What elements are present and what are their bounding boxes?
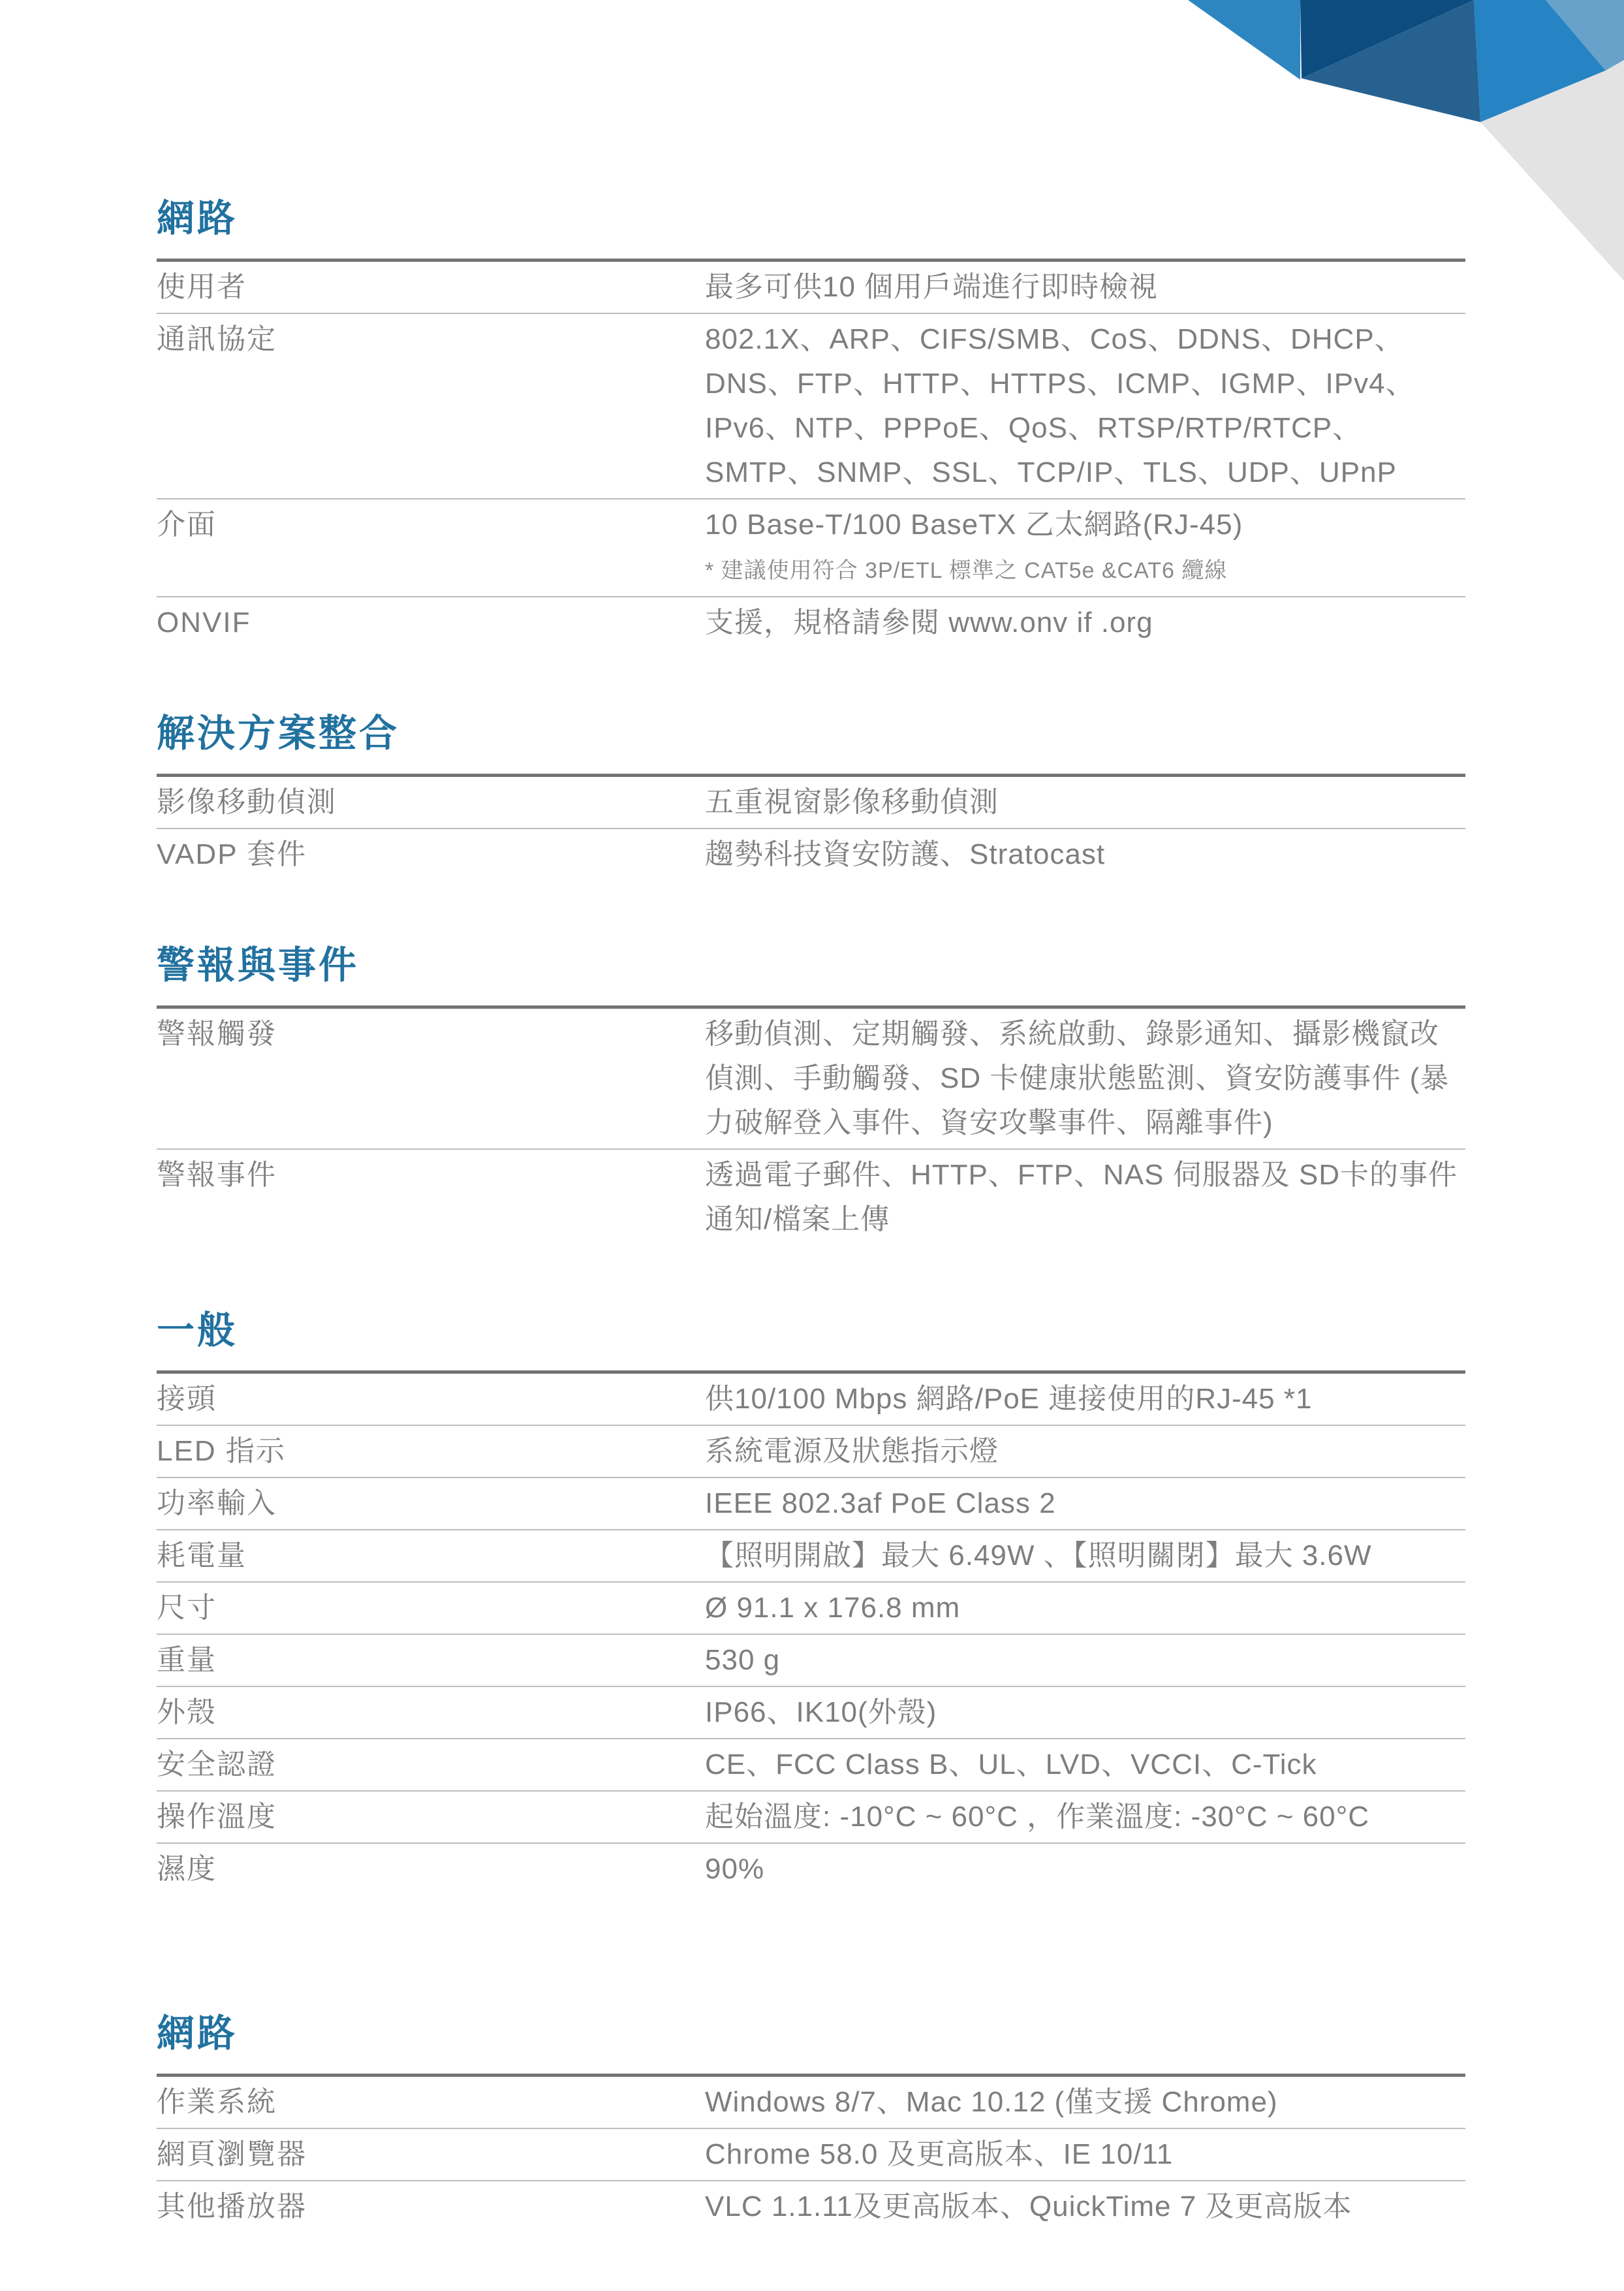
spec-row: 外殼IP66、IK10(外殼)	[157, 1687, 1465, 1739]
spec-row: 警報事件透過電子郵件、HTTP、FTP、NAS 伺服器及 SD卡的事件通知/檔案…	[157, 1150, 1465, 1245]
spec-row: 警報觸發移動偵測、定期觸發、系統啟動、錄影通知、攝影機竄改偵測、手動觸發、SD …	[157, 1009, 1465, 1150]
spec-label: 操作溫度	[157, 1795, 705, 1839]
spec-value-wrap: 最多可供10 個用戶端進行即時檢視	[705, 265, 1465, 309]
spec-value-wrap: Ø 91.1 x 176.8 mm	[705, 1586, 1465, 1630]
spec-value: 起始溫度: -10°C ~ 60°C ，作業溫度: -30°C ~ 60°C	[705, 1795, 1465, 1839]
spec-value-wrap: IEEE 802.3af PoE Class 2	[705, 1481, 1465, 1526]
spec-footnote: * 建議使用符合 3P/ETL 標準之 CAT5e &CAT6 纜線	[705, 552, 1465, 589]
spec-row: 其他播放器VLC 1.1.11及更高版本、QuickTime 7 及更高版本	[157, 2181, 1465, 2232]
spec-label: 網頁瀏覽器	[157, 2132, 705, 2177]
spec-value-wrap: 起始溫度: -10°C ~ 60°C ，作業溫度: -30°C ~ 60°C	[705, 1795, 1465, 1839]
spec-label: VADP 套件	[157, 832, 705, 877]
spec-value: 移動偵測、定期觸發、系統啟動、錄影通知、攝影機竄改偵測、手動觸發、SD 卡健康狀…	[705, 1012, 1465, 1145]
spec-label: 使用者	[157, 265, 705, 309]
spec-value-wrap: Chrome 58.0 及更高版本、IE 10/11	[705, 2132, 1465, 2177]
spec-row: 影像移動偵測五重視窗影像移動偵測	[157, 777, 1465, 829]
spec-row: 尺寸Ø 91.1 x 176.8 mm	[157, 1583, 1465, 1635]
spec-row: 使用者最多可供10 個用戶端進行即時檢視	[157, 262, 1465, 314]
spec-value: Ø 91.1 x 176.8 mm	[705, 1586, 1465, 1630]
spec-label: 介面	[157, 503, 705, 593]
spec-value: 五重視窗影像移動偵測	[705, 780, 1465, 825]
spec-row: LED 指示系統電源及狀態指示燈	[157, 1426, 1465, 1478]
spec-value: 系統電源及狀態指示燈	[705, 1429, 1465, 1474]
section-title: 網路	[157, 196, 1465, 242]
spec-label: 功率輸入	[157, 1481, 705, 1526]
spec-value: CE、FCC Class B、UL、LVD、VCCI、C-Tick	[705, 1743, 1465, 1787]
spec-value: 供10/100 Mbps 網路/PoE 連接使用的RJ-45 *1	[705, 1377, 1465, 1421]
spec-value-wrap: 【照明開啟】最大 6.49W 、【照明關閉】最大 3.6W	[705, 1534, 1465, 1578]
spec-value: 透過電子郵件、HTTP、FTP、NAS 伺服器及 SD卡的事件通知/檔案上傳	[705, 1153, 1465, 1242]
spec-table: 作業系統Windows 8/7、Mac 10.12 (僅支援 Chrome)網頁…	[157, 2074, 1465, 2232]
spec-label: 警報事件	[157, 1153, 705, 1242]
spec-label: 其他播放器	[157, 2185, 705, 2229]
spec-row: 作業系統Windows 8/7、Mac 10.12 (僅支援 Chrome)	[157, 2077, 1465, 2129]
spec-value-wrap: 五重視窗影像移動偵測	[705, 780, 1465, 825]
spec-value-wrap: IP66、IK10(外殼)	[705, 1690, 1465, 1735]
spec-value-wrap: 透過電子郵件、HTTP、FTP、NAS 伺服器及 SD卡的事件通知/檔案上傳	[705, 1153, 1465, 1242]
spec-value: IEEE 802.3af PoE Class 2	[705, 1481, 1465, 1526]
spec-value-wrap: 支援，規格請參閱 www.onv if .org	[705, 601, 1465, 645]
spec-value-wrap: 530 g	[705, 1638, 1465, 1683]
spec-value: VLC 1.1.11及更高版本、QuickTime 7 及更高版本	[705, 2185, 1465, 2229]
spec-value-wrap: CE、FCC Class B、UL、LVD、VCCI、C-Tick	[705, 1743, 1465, 1787]
spec-value: 802.1X、ARP、CIFS/SMB、CoS、DDNS、DHCP、DNS、FT…	[705, 317, 1465, 495]
spec-label: 接頭	[157, 1377, 705, 1421]
spec-section: 一般接頭供10/100 Mbps 網路/PoE 連接使用的RJ-45 *1LED…	[157, 1308, 1465, 1895]
spec-label: 影像移動偵測	[157, 780, 705, 825]
spec-value-wrap: Windows 8/7、Mac 10.12 (僅支援 Chrome)	[705, 2080, 1465, 2125]
spec-label: 作業系統	[157, 2080, 705, 2125]
spec-row: 網頁瀏覽器Chrome 58.0 及更高版本、IE 10/11	[157, 2129, 1465, 2181]
section-title: 網路	[157, 2011, 1465, 2057]
spec-value: 最多可供10 個用戶端進行即時檢視	[705, 265, 1465, 309]
spec-value: 支援，規格請參閱 www.onv if .org	[705, 601, 1465, 645]
spec-row: 耗電量【照明開啟】最大 6.49W 、【照明關閉】最大 3.6W	[157, 1530, 1465, 1583]
spec-value-wrap: 90%	[705, 1847, 1465, 1891]
spec-value: IP66、IK10(外殼)	[705, 1690, 1465, 1735]
spec-value-wrap: 10 Base-T/100 BaseTX 乙太網路(RJ-45)* 建議使用符合…	[705, 503, 1465, 593]
spec-section: 警報與事件警報觸發移動偵測、定期觸發、系統啟動、錄影通知、攝影機竄改偵測、手動觸…	[157, 943, 1465, 1245]
spec-section: 解決方案整合影像移動偵測五重視窗影像移動偵測VADP 套件趨勢科技資安防護、St…	[157, 711, 1465, 880]
section-title: 解決方案整合	[157, 711, 1465, 757]
spec-label: 通訊協定	[157, 317, 705, 495]
spec-row: 功率輸入IEEE 802.3af PoE Class 2	[157, 1478, 1465, 1530]
spec-label: 安全認證	[157, 1743, 705, 1787]
spec-row: ONVIF支援，規格請參閱 www.onv if .org	[157, 597, 1465, 648]
spec-row: 濕度90%	[157, 1844, 1465, 1895]
spec-value-wrap: 802.1X、ARP、CIFS/SMB、CoS、DDNS、DHCP、DNS、FT…	[705, 317, 1465, 495]
spec-table: 警報觸發移動偵測、定期觸發、系統啟動、錄影通知、攝影機竄改偵測、手動觸發、SD …	[157, 1005, 1465, 1245]
spec-row: 通訊協定802.1X、ARP、CIFS/SMB、CoS、DDNS、DHCP、DN…	[157, 314, 1465, 499]
spec-value-wrap: 供10/100 Mbps 網路/PoE 連接使用的RJ-45 *1	[705, 1377, 1465, 1421]
spec-value: Windows 8/7、Mac 10.12 (僅支援 Chrome)	[705, 2080, 1465, 2125]
spec-label: 濕度	[157, 1847, 705, 1891]
spec-label: 耗電量	[157, 1534, 705, 1578]
spec-sheet-page: 網路使用者最多可供10 個用戶端進行即時檢視通訊協定802.1X、ARP、CIF…	[0, 0, 1624, 2291]
spec-content: 網路使用者最多可供10 個用戶端進行即時檢視通訊協定802.1X、ARP、CIF…	[0, 0, 1624, 2232]
spec-label: LED 指示	[157, 1429, 705, 1474]
spec-row: 重量530 g	[157, 1635, 1465, 1687]
spec-row: 接頭供10/100 Mbps 網路/PoE 連接使用的RJ-45 *1	[157, 1374, 1465, 1426]
spec-table: 接頭供10/100 Mbps 網路/PoE 連接使用的RJ-45 *1LED 指…	[157, 1370, 1465, 1895]
spec-value-wrap: 趨勢科技資安防護、Stratocast	[705, 832, 1465, 877]
spec-table: 影像移動偵測五重視窗影像移動偵測VADP 套件趨勢科技資安防護、Stratoca…	[157, 774, 1465, 880]
section-title: 一般	[157, 1308, 1465, 1353]
spec-label: 外殼	[157, 1690, 705, 1735]
spec-value: 【照明開啟】最大 6.49W 、【照明關閉】最大 3.6W	[705, 1534, 1465, 1578]
spec-value: 10 Base-T/100 BaseTX 乙太網路(RJ-45)	[705, 503, 1465, 547]
spec-section: 網路作業系統Windows 8/7、Mac 10.12 (僅支援 Chrome)…	[157, 2011, 1465, 2232]
spec-value: 趨勢科技資安防護、Stratocast	[705, 832, 1465, 877]
spec-label: 警報觸發	[157, 1012, 705, 1145]
section-title: 警報與事件	[157, 943, 1465, 988]
spec-table: 使用者最多可供10 個用戶端進行即時檢視通訊協定802.1X、ARP、CIFS/…	[157, 259, 1465, 648]
spec-value-wrap: 移動偵測、定期觸發、系統啟動、錄影通知、攝影機竄改偵測、手動觸發、SD 卡健康狀…	[705, 1012, 1465, 1145]
spec-row: VADP 套件趨勢科技資安防護、Stratocast	[157, 829, 1465, 880]
spec-value: 90%	[705, 1847, 1465, 1891]
spec-label: ONVIF	[157, 601, 705, 645]
spec-label: 重量	[157, 1638, 705, 1683]
spec-row: 介面10 Base-T/100 BaseTX 乙太網路(RJ-45)* 建議使用…	[157, 499, 1465, 597]
spec-value: Chrome 58.0 及更高版本、IE 10/11	[705, 2132, 1465, 2177]
spec-value-wrap: VLC 1.1.11及更高版本、QuickTime 7 及更高版本	[705, 2185, 1465, 2229]
spec-section: 網路使用者最多可供10 個用戶端進行即時檢視通訊協定802.1X、ARP、CIF…	[157, 196, 1465, 648]
spec-row: 操作溫度起始溫度: -10°C ~ 60°C ，作業溫度: -30°C ~ 60…	[157, 1792, 1465, 1844]
spec-row: 安全認證CE、FCC Class B、UL、LVD、VCCI、C-Tick	[157, 1739, 1465, 1792]
spec-value: 530 g	[705, 1638, 1465, 1683]
spec-value-wrap: 系統電源及狀態指示燈	[705, 1429, 1465, 1474]
spec-label: 尺寸	[157, 1586, 705, 1630]
